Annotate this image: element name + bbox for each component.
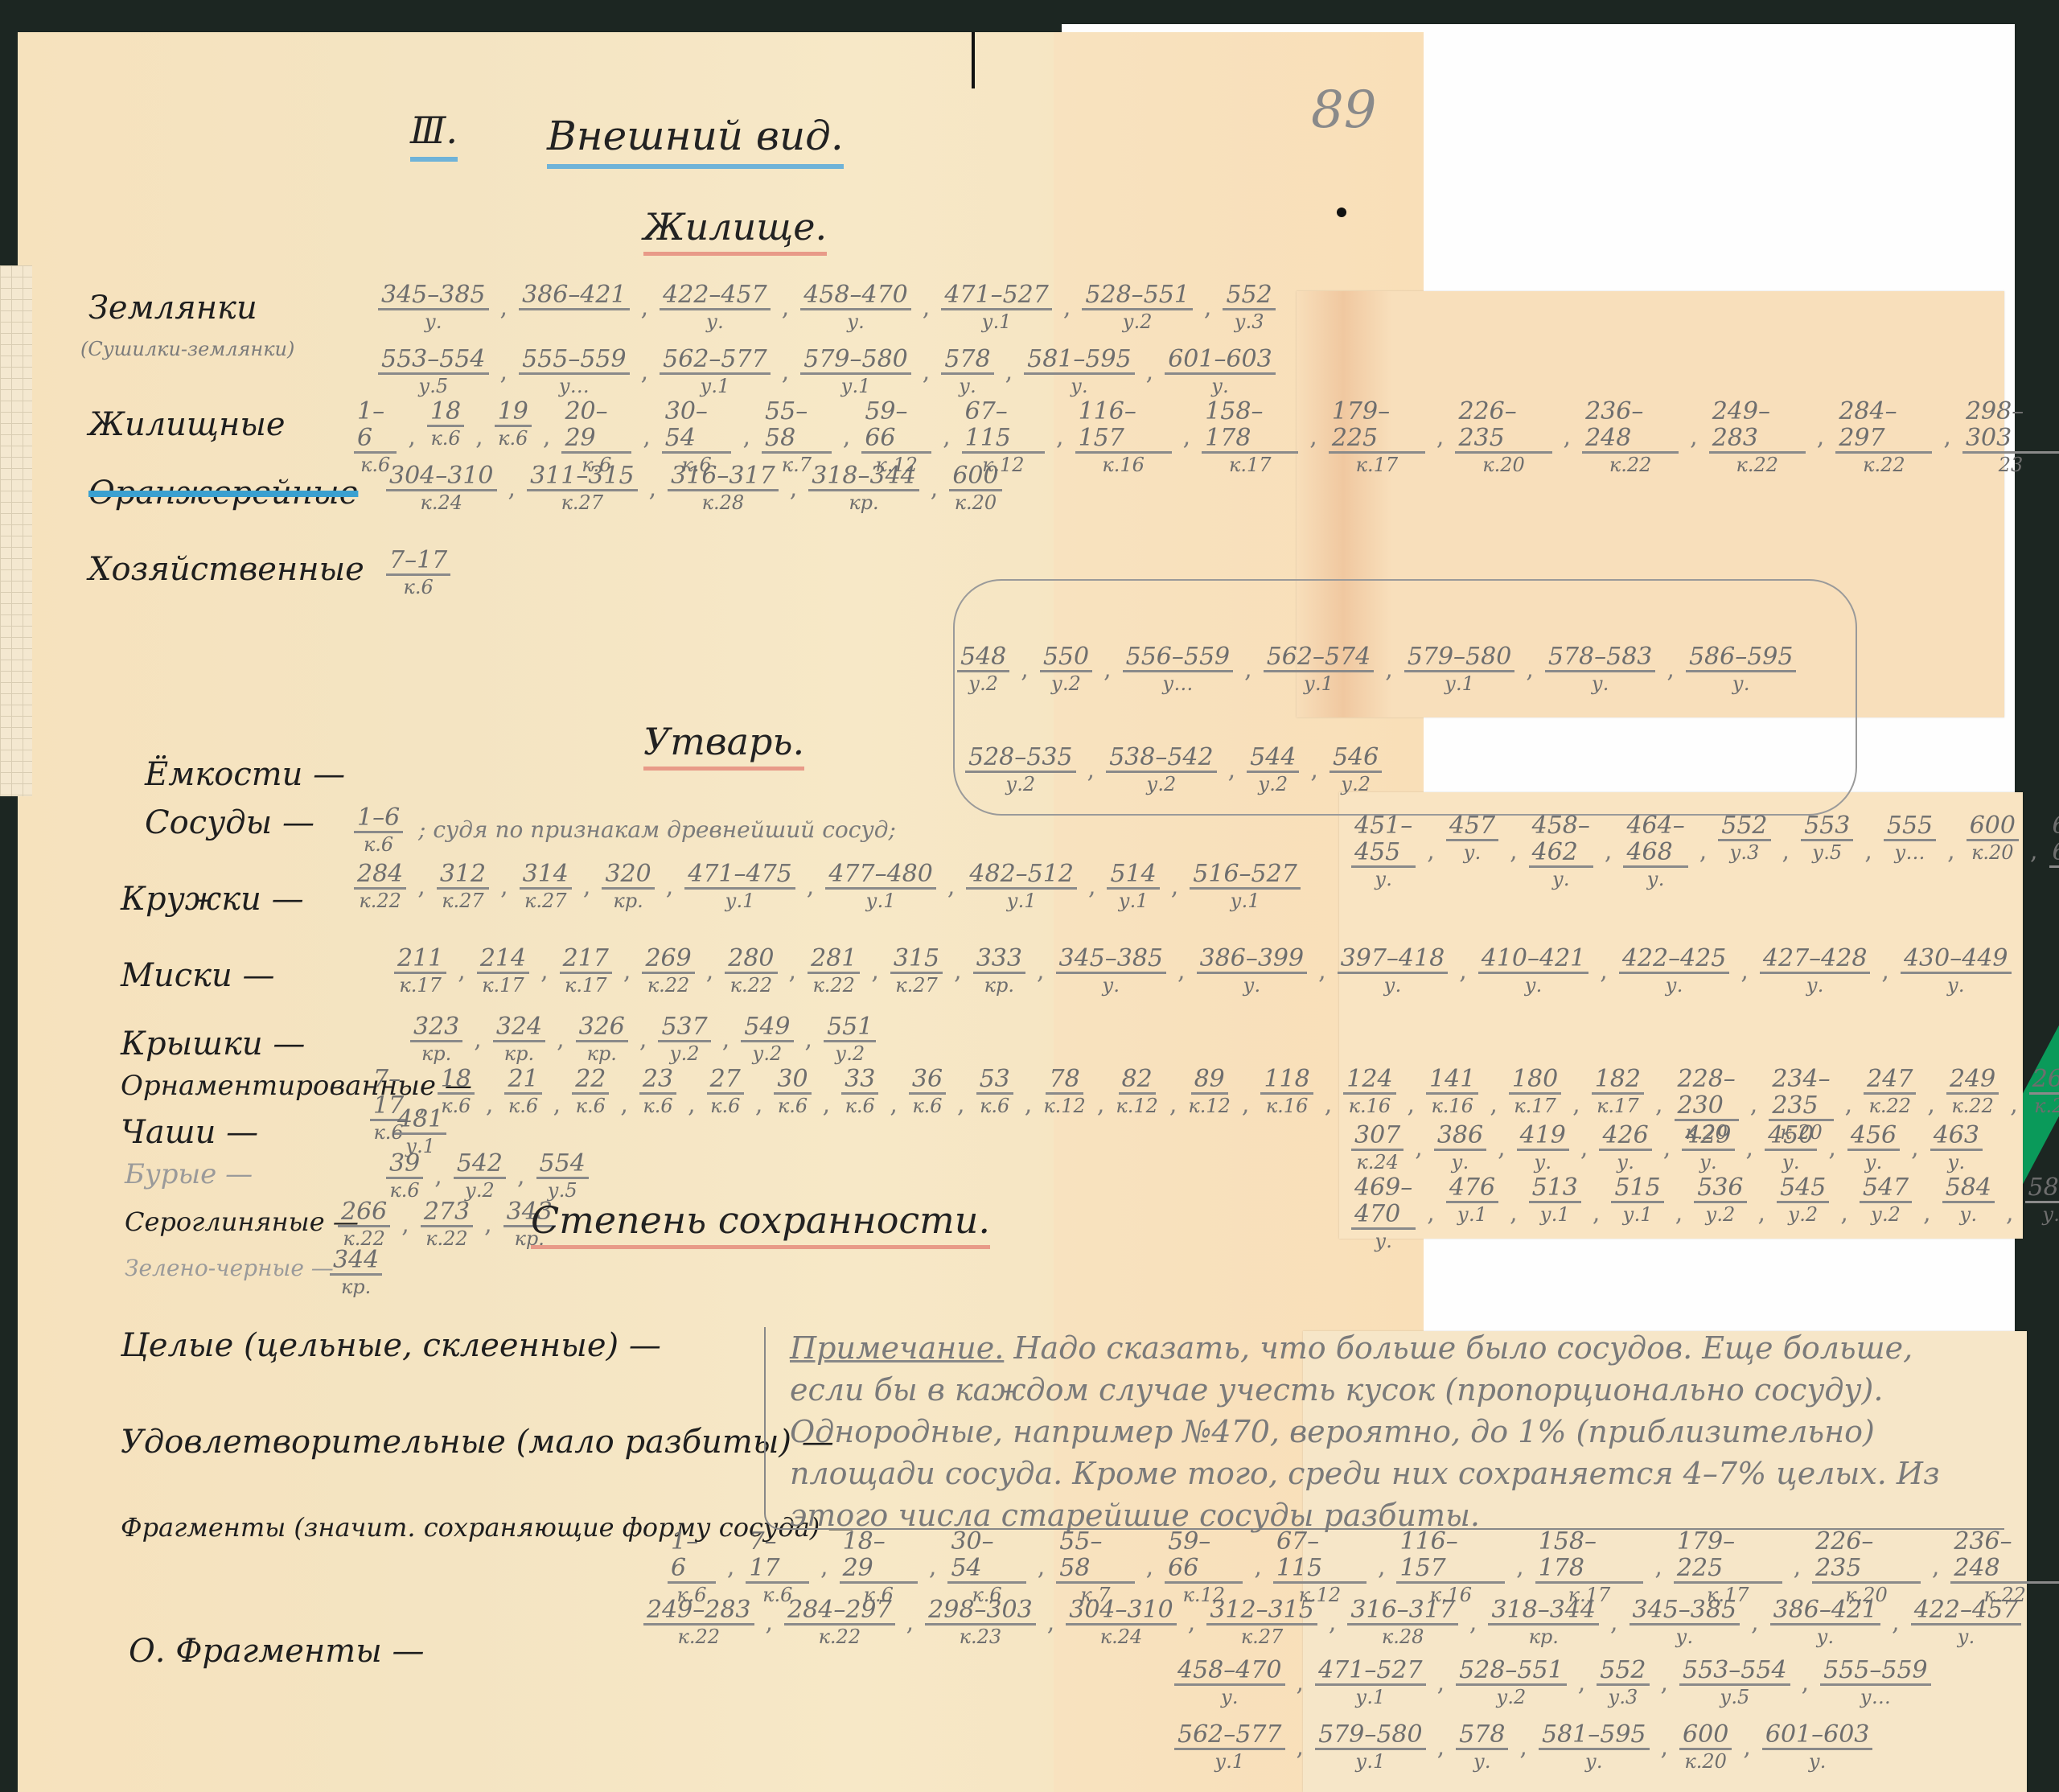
catalog-entry: 158–178к.17 — [1202, 398, 1298, 477]
catalog-entry: 7–17к.6 — [386, 547, 450, 599]
entry-number: 514 — [1107, 861, 1159, 890]
entry-number: 320 — [602, 861, 654, 890]
separator: , — [2006, 1199, 2014, 1227]
row-label: Сероглиняные — — [125, 1206, 359, 1237]
catalog-entry: 315к.27 — [890, 945, 943, 997]
entry-location: у. — [1211, 375, 1229, 398]
entry-number: 27 — [707, 1066, 744, 1095]
catalog-entry: 284–297к.22 — [784, 1597, 895, 1649]
separator: , — [517, 1162, 525, 1190]
separator: , — [500, 358, 508, 386]
list-slip-mid-c: 469–470у.,476у.1,513у.1,515у.1,536у.2,54… — [1351, 1174, 2059, 1253]
entry-number: 458–470 — [800, 282, 911, 310]
entry-location: у.1 — [701, 375, 730, 398]
separator: , — [722, 1025, 730, 1054]
entry-location: у. — [1806, 974, 1824, 997]
catalog-entry: 578у. — [941, 346, 993, 398]
entry-number: 141 — [1426, 1066, 1478, 1095]
entry-number: 601–603 — [1165, 346, 1276, 375]
entry-number: 20–29 — [561, 398, 631, 454]
entry-location: у. — [1666, 974, 1683, 997]
catalog-entry: 551у.2 — [824, 1013, 876, 1066]
separator: , — [540, 957, 549, 985]
list-preservation-2b: 249–283к.22,284–297к.22,298–303к.23,304–… — [643, 1597, 2021, 1649]
entry-number: 386–421 — [519, 282, 630, 310]
entry-location: у.2 — [1788, 1203, 1818, 1227]
entry-number: 562–577 — [1174, 1721, 1285, 1750]
entry-number: 600 — [1967, 812, 2019, 841]
separator: , — [1047, 1609, 1055, 1637]
catalog-entry: 600к.20 — [1967, 812, 2019, 865]
entry-location: у. — [1375, 868, 1392, 891]
row-label: Целые (цельные, склеенные) — — [121, 1327, 661, 1364]
entry-location: к.20 — [1684, 1750, 1727, 1774]
row-label: О. Фрагменты — — [129, 1633, 425, 1670]
entry-number: 315 — [890, 945, 943, 974]
catalog-entry: 39к.6 — [386, 1150, 423, 1202]
list-utensil-9: 344кр. — [330, 1247, 382, 1299]
separator: , — [890, 1091, 898, 1119]
entry-number: 323 — [410, 1013, 462, 1042]
entry-location: к.27 — [442, 890, 484, 913]
entry-number: 601–603 — [1762, 1721, 1873, 1750]
catalog-entry: 457у. — [1446, 812, 1498, 865]
catalog-entry: 476у.1 — [1446, 1174, 1498, 1227]
entry-location: к.6 — [404, 576, 434, 599]
entry-number: 546 — [1330, 744, 1382, 773]
separator: , — [649, 475, 657, 503]
separator: , — [782, 358, 790, 386]
separator: , — [929, 1553, 937, 1581]
entry-location: у. — [1782, 1151, 1800, 1174]
entry-location: у. — [1552, 868, 1570, 891]
entry-number: 236–248 — [1950, 1528, 2059, 1584]
entry-number: 326 — [576, 1013, 628, 1042]
entry-location: у.2 — [670, 1042, 700, 1066]
entry-location: у. — [1809, 1750, 1827, 1774]
entry-number: 304–310 — [1066, 1597, 1177, 1626]
separator: , — [484, 1210, 492, 1239]
catalog-entry: 601–603у. — [1762, 1721, 1873, 1774]
catalog-entry: 456у. — [1847, 1122, 1900, 1174]
catalog-entry: 426у. — [1599, 1122, 1651, 1174]
entry-number: 516–527 — [1190, 861, 1301, 890]
catalog-entry: 318–344кр. — [808, 462, 919, 515]
separator: , — [1088, 873, 1096, 901]
catalog-entry: 284–297к.22 — [1835, 398, 1932, 477]
separator: , — [766, 1609, 774, 1637]
entry-number: 422–457 — [660, 282, 771, 310]
entry-location: у.2 — [835, 1042, 865, 1066]
separator: , — [1892, 1609, 1900, 1637]
entry-number: 214 — [477, 945, 529, 974]
entry-number: 228–230 — [1675, 1066, 1739, 1121]
separator: , — [557, 1025, 565, 1054]
entry-number: 457 — [1446, 812, 1498, 841]
list-dwelling-0a: 345–385у.,386–421 ,422–457у.,458–470у.,4… — [378, 282, 1276, 334]
catalog-entry: 601–603у. — [1165, 346, 1276, 398]
separator: , — [1943, 423, 1951, 451]
entry-location: к.20 — [955, 491, 997, 515]
catalog-entry: 546у.2 — [1330, 744, 1382, 796]
separator: , — [475, 423, 483, 451]
separator: , — [643, 423, 651, 451]
entry-location: к.17 — [1514, 1095, 1556, 1118]
catalog-entry: 30к.6 — [774, 1066, 811, 1118]
catalog-entry: 422–457у. — [660, 282, 771, 334]
catalog-entry: 326кр. — [576, 1013, 628, 1066]
entry-location: к.6 — [364, 833, 393, 857]
row-label-struck: Оранжерейные — [88, 475, 358, 512]
separator: , — [1087, 756, 1095, 784]
separator: , — [1038, 1553, 1046, 1581]
entry-location: к.28 — [702, 491, 745, 515]
separator: , — [1578, 1669, 1586, 1697]
catalog-entry: 333кр. — [973, 945, 1025, 997]
entry-location: к.16 — [1266, 1095, 1309, 1118]
catalog-entry: 555–559у… — [519, 346, 630, 398]
separator: , — [947, 873, 956, 901]
entry-number: 528–551 — [1082, 282, 1193, 310]
catalog-entry: 18к.6 — [427, 398, 464, 450]
entry-location: у.2 — [1258, 773, 1288, 796]
entry-number: 552 — [1718, 812, 1770, 841]
entry-number: 67–115 — [962, 398, 1045, 454]
separator: , — [1325, 1091, 1333, 1119]
entry-number: 1–6 — [354, 398, 397, 454]
entry-number: 581–595 — [1024, 346, 1135, 375]
entry-number: 298–303 — [1962, 398, 2059, 454]
entry-location: у. — [1617, 1151, 1634, 1174]
entry-number: 386 — [1434, 1122, 1486, 1151]
separator: , — [1655, 1091, 1663, 1119]
catalog-entry: 516–527у.1 — [1190, 861, 1301, 913]
catalog-entry: 458–462у. — [1529, 812, 1593, 891]
entry-number: 179–225 — [1674, 1528, 1782, 1584]
entry-location: к.23 — [960, 1626, 1002, 1649]
separator: , — [1927, 1091, 1935, 1119]
separator: , — [553, 1091, 561, 1119]
entry-location: у. — [1958, 1626, 1975, 1649]
entry-number: 419 — [1517, 1122, 1569, 1151]
entry-number: 316–317 — [668, 462, 779, 491]
entry-number: 284–297 — [784, 1597, 895, 1626]
catalog-entry: 280к.22 — [725, 945, 777, 997]
catalog-entry: 419у. — [1517, 1122, 1569, 1174]
catalog-entry: 581–595у. — [1539, 1721, 1650, 1774]
separator: , — [1663, 1134, 1671, 1162]
entry-number: 430–449 — [1901, 945, 2012, 974]
catalog-entry: 547у.2 — [1860, 1174, 1912, 1227]
entry-number: 536 — [1694, 1174, 1746, 1203]
entry-number: 30–54 — [662, 398, 732, 454]
catalog-entry: 324кр. — [493, 1013, 545, 1066]
catalog-entry: 247к.22 — [1864, 1066, 1916, 1118]
entry-number: 249–283 — [643, 1597, 754, 1626]
separator: , — [789, 957, 797, 985]
separator: , — [1146, 358, 1154, 386]
entry-location: к.22 — [1863, 454, 1905, 477]
separator: , — [1675, 1199, 1683, 1227]
entry-location: к.17 — [1597, 1095, 1639, 1118]
entry-location: у.1 — [1304, 672, 1334, 696]
entry-location: к.17 — [399, 974, 442, 997]
entry-number: 324 — [493, 1013, 545, 1042]
separator: , — [458, 957, 466, 985]
catalog-entry: 78к.12 — [1043, 1066, 1086, 1118]
entry-location: к.6 — [710, 1095, 740, 1118]
entry-location: у.1 — [1445, 672, 1474, 696]
catalog-entry: 538–542у.2 — [1106, 744, 1217, 796]
separator: , — [906, 1609, 914, 1637]
catalog-entry: 458–470у. — [1174, 1657, 1285, 1709]
entry-location: к.22 — [647, 974, 690, 997]
separator: , — [1526, 656, 1534, 684]
list-preservation-3b: 562–577у.1,579–580у.1,578у.,581–595у.,60… — [1174, 1721, 1872, 1774]
catalog-entry: 298–30323 — [1962, 398, 2059, 477]
separator: , — [1600, 957, 1608, 985]
entry-number: 578 — [941, 346, 993, 375]
entry-location: к.6 — [430, 427, 460, 450]
entry-number: 7–17 — [746, 1528, 809, 1584]
entry-location: к.27 — [561, 491, 604, 515]
separator: , — [1459, 957, 1467, 985]
separator: , — [1436, 423, 1445, 451]
catalog-entry: 555–559у… — [1820, 1657, 1931, 1709]
entry-number: 481 — [394, 1106, 446, 1135]
separator: , — [1519, 1733, 1527, 1761]
separator: , — [1794, 1553, 1802, 1581]
entry-number: 601–603 — [2049, 812, 2059, 868]
entry-number: 1–6 — [668, 1528, 716, 1584]
entry-location: у. — [706, 310, 724, 334]
separator: , — [1580, 1134, 1588, 1162]
entry-location: 23 — [1999, 454, 2024, 477]
separator: , — [1923, 1199, 1931, 1227]
separator: , — [1750, 1091, 1758, 1119]
separator: , — [1021, 656, 1029, 684]
entry-number: 471–527 — [1315, 1657, 1426, 1686]
separator: , — [1510, 837, 1518, 865]
separator: , — [1667, 656, 1675, 684]
catalog-entry: 471–475у.1 — [684, 861, 795, 913]
entry-location: у.2 — [1051, 672, 1081, 696]
catalog-entry: 33к.6 — [841, 1066, 878, 1118]
catalog-entry: 552у.3 — [1597, 1657, 1649, 1709]
catalog-entry: 124к.16 — [1343, 1066, 1395, 1118]
entry-location: к.17 — [482, 974, 524, 997]
separator: , — [1097, 1091, 1105, 1119]
entry-location: у. — [1525, 974, 1543, 997]
entry-number: 537 — [658, 1013, 710, 1042]
entry-location: к.17 — [1356, 454, 1399, 477]
separator: , — [755, 1091, 763, 1119]
entry-number: 116–157 — [1396, 1528, 1505, 1584]
separator: , — [1740, 957, 1749, 985]
entry-number: 182 — [1592, 1066, 1644, 1095]
entry-location: у.5 — [1812, 841, 1842, 865]
catalog-entry: 217к.17 — [560, 945, 612, 997]
list-slip-mid-a: 451–455у.,457у.,458–462у.,464–468у.,552у… — [1351, 812, 2059, 891]
catalog-entry: 458–470у. — [800, 282, 911, 334]
entry-number: 555 — [1884, 812, 1936, 841]
entry-number: 482–512 — [966, 861, 1077, 890]
entry-number: 554 — [536, 1150, 589, 1179]
separator: , — [1751, 1609, 1759, 1637]
separator: , — [1758, 1199, 1766, 1227]
entry-location: у.1 — [1355, 1750, 1385, 1774]
entry-location: к.27 — [524, 890, 567, 913]
entry-number: 23 — [639, 1066, 676, 1095]
entry-number: 344 — [330, 1247, 382, 1276]
entry-location: у.1 — [1457, 1203, 1487, 1227]
separator: , — [1297, 1733, 1305, 1761]
catalog-entry: 249–283к.22 — [643, 1597, 754, 1649]
separator: , — [943, 423, 951, 451]
entry-number: 429 — [1682, 1122, 1734, 1151]
separator: , — [1661, 1733, 1669, 1761]
separator: , — [1490, 1091, 1498, 1119]
entry-location: у. — [425, 310, 442, 334]
catalog-entry: 562–577у.1 — [660, 346, 771, 398]
separator: , — [1802, 1669, 1810, 1697]
catalog-entry: 304–310к.24 — [386, 462, 497, 515]
note-box: Примечание. Надо сказать, что больше был… — [764, 1327, 2004, 1530]
catalog-entry: 427–428у. — [1760, 945, 1871, 997]
separator: , — [620, 1091, 628, 1119]
list-utensil-8: 266к.22,273к.22,343кр. — [338, 1198, 556, 1251]
catalog-entry: 581–595у. — [1024, 346, 1135, 398]
separator: , — [1605, 837, 1613, 865]
entry-number: 1–6 — [354, 804, 403, 833]
list-utensil-2: 284к.22,312к.27,314к.27,320кр.,471–475у.… — [354, 861, 1301, 913]
entry-location: к.17 — [1229, 454, 1272, 477]
entry-number: 545 — [1777, 1174, 1829, 1203]
catalog-entry: 477–480у.1 — [825, 861, 936, 913]
entry-number: 476 — [1446, 1174, 1498, 1203]
catalog-entry: 463у. — [1930, 1122, 1983, 1174]
entry-number: 345–385 — [378, 282, 489, 310]
entry-number: 30–54 — [947, 1528, 1025, 1584]
separator: , — [641, 294, 649, 322]
list-utensil-1: 1–6к.6 — [354, 804, 403, 857]
entry-location: кр. — [587, 1042, 617, 1066]
entry-number: 269 — [642, 945, 694, 974]
catalog-entry: 312–315к.27 — [1206, 1597, 1317, 1649]
separator: , — [500, 294, 508, 322]
entry-number: 450 — [1765, 1122, 1817, 1151]
entry-number: 586–595 — [1686, 643, 1797, 672]
entry-number: 33 — [841, 1066, 878, 1095]
catalog-entry: 544у.2 — [1247, 744, 1299, 796]
catalog-entry: 36к.6 — [909, 1066, 946, 1118]
entry-number: 513 — [1529, 1174, 1581, 1203]
entry-number: 579–580 — [1404, 643, 1515, 672]
list-dwelling-0b: 553–554у.5,555–559у…,562–577у.1,579–580у… — [378, 346, 1276, 398]
separator: , — [923, 358, 931, 386]
row-label: Хозяйственные — [88, 551, 364, 588]
entry-location: у.1 — [1355, 1686, 1385, 1709]
entry-number: 59–66 — [1165, 1528, 1243, 1584]
entry-location: у. — [1243, 974, 1261, 997]
list-slip-mid-b: 307к.24,386у.,419у.,426у.,429у.,450у.,45… — [1351, 1122, 1983, 1174]
entry-location: у.2 — [1005, 773, 1035, 796]
separator: , — [666, 873, 674, 901]
catalog-entry: 429у. — [1682, 1122, 1734, 1174]
catalog-entry: 386–399у. — [1197, 945, 1308, 997]
separator: , — [1204, 294, 1212, 322]
separator: , — [1817, 423, 1825, 451]
entry-location: у. — [847, 310, 865, 334]
catalog-entry: 386–421у. — [1770, 1597, 1881, 1649]
entry-number: 158–178 — [1535, 1528, 1644, 1584]
catalog-entry: 53к.6 — [976, 1066, 1013, 1118]
entry-number: 581–595 — [1539, 1721, 1650, 1750]
entry-number: 234–235 — [1769, 1066, 1833, 1121]
entry-number: 18 — [438, 1066, 475, 1095]
entry-location: у.2 — [1146, 773, 1176, 796]
entry-number: 427–428 — [1760, 945, 1871, 974]
entry-number: 7–17 — [386, 547, 450, 576]
separator: , — [1063, 294, 1071, 322]
separator: , — [401, 1210, 409, 1239]
entry-location: к.27 — [1241, 1626, 1284, 1649]
separator: , — [1510, 1199, 1518, 1227]
entry-number: 422–457 — [1911, 1597, 2022, 1626]
catalog-entry: 386у. — [1434, 1122, 1486, 1174]
catalog-entry: 266к.22 — [338, 1198, 390, 1251]
catalog-entry: 298–303к.23 — [925, 1597, 1036, 1649]
entry-number: 304–310 — [386, 462, 497, 491]
entry-number: 226–235 — [1455, 398, 1551, 454]
entry-number: 578 — [1456, 1721, 1508, 1750]
catalog-entry: 422–425у. — [1619, 945, 1730, 997]
entry-number: 562–577 — [660, 346, 771, 375]
catalog-entry: 214к.17 — [477, 945, 529, 997]
entry-number: 553–554 — [1679, 1657, 1790, 1686]
catalog-entry: 118к.16 — [1260, 1066, 1313, 1118]
ink-mark — [972, 32, 975, 88]
entry-location: у. — [1817, 1626, 1835, 1649]
entry-location: у. — [1452, 1151, 1469, 1174]
separator: , — [500, 873, 508, 901]
row-label: Зелено-черные — — [125, 1255, 334, 1281]
catalog-entry: 600к.20 — [949, 462, 1001, 515]
entry-number: 579–580 — [1315, 1721, 1426, 1750]
separator: , — [1146, 1553, 1154, 1581]
catalog-entry: 545у.2 — [1777, 1174, 1829, 1227]
catalog-entry: 579–580у.1 — [1315, 1721, 1426, 1774]
row-label: Крышки — — [121, 1025, 305, 1062]
separator: , — [543, 423, 551, 451]
entry-location: у… — [1162, 672, 1193, 696]
entry-number: 318–344 — [1488, 1597, 1599, 1626]
entry-location: у.1 — [1119, 890, 1149, 913]
entry-number: 600 — [949, 462, 1001, 491]
entry-location: у.1 — [866, 890, 896, 913]
entry-location: у. — [1102, 974, 1120, 997]
catalog-entry: 537у.2 — [658, 1013, 710, 1066]
catalog-entry: 528–551у.2 — [1082, 282, 1193, 334]
entry-location: у. — [1699, 1151, 1717, 1174]
separator: , — [417, 873, 425, 901]
row-label: Миски — — [121, 957, 274, 994]
list-preservation-3a: 458–470у.,471–527у.1,528–551у.2,552у.3,5… — [1174, 1657, 1931, 1709]
entry-location: у.2 — [752, 1042, 782, 1066]
entry-number: 273 — [421, 1198, 473, 1227]
entry-number: 456 — [1847, 1122, 1900, 1151]
separator: , — [1654, 1553, 1662, 1581]
